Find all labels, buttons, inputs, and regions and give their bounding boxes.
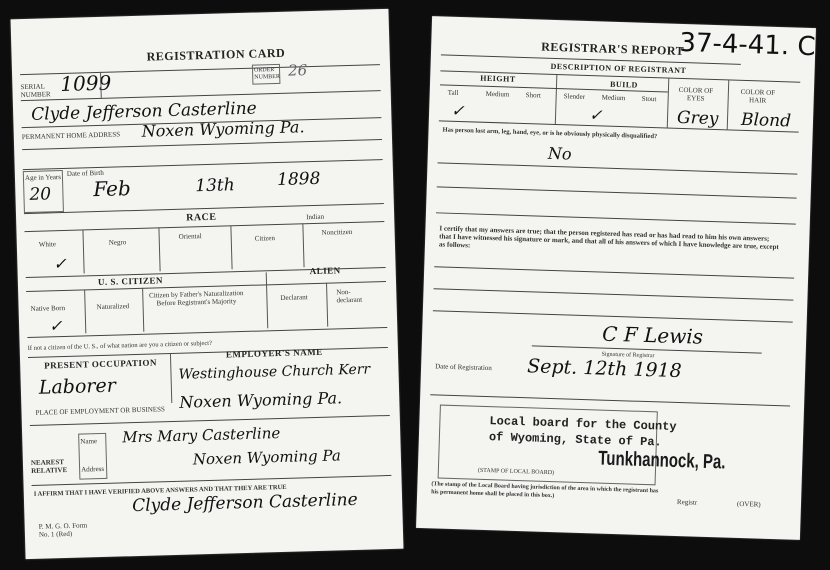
description-header: DESCRIPTION OF REGISTRANT bbox=[550, 62, 686, 75]
height-tall-check: ✓ bbox=[451, 101, 465, 120]
build-medium-check: ✓ bbox=[589, 105, 603, 124]
dob-month: Feb bbox=[93, 176, 131, 201]
disability-question: Has person lost arm, leg, hand, eye, or … bbox=[442, 126, 657, 140]
form-label: P. M. G. O. Form No. 1 (Red) bbox=[39, 521, 99, 539]
registration-card-front: REGISTRATION CARD SERIAL NUMBER 1099 ORD… bbox=[11, 9, 404, 559]
citizen-col-father: Citizen by Father's Naturalization Befor… bbox=[148, 289, 244, 308]
footer-over: (OVER) bbox=[737, 500, 761, 509]
order-number: 26 bbox=[288, 61, 308, 80]
alien-col-declarant: Declarant bbox=[280, 293, 307, 302]
occupation-value: Laborer bbox=[39, 375, 117, 399]
relative-address-label: Address bbox=[81, 465, 104, 474]
card-title: REGISTRATION CARD bbox=[146, 46, 285, 65]
age-label: Age in Years bbox=[25, 173, 61, 182]
build-col-medium: Medium bbox=[602, 93, 626, 102]
serial-number: 1099 bbox=[60, 71, 112, 96]
stamp-city: Tunkhannock, Pa. bbox=[598, 448, 726, 475]
build-col-stout: Stout bbox=[642, 95, 657, 103]
citizen-header: U. S. CITIZEN bbox=[98, 275, 163, 287]
address-label: PERMANENT HOME ADDRESS bbox=[22, 130, 120, 141]
relative-address: Noxen Wyoming Pa bbox=[193, 446, 341, 468]
build-label: BUILD bbox=[610, 80, 638, 90]
nation-question: If not a citizen of the U. S., of what n… bbox=[28, 340, 212, 352]
employer-value: Westinghouse Church Kerr bbox=[178, 361, 370, 382]
hair-color: Blond bbox=[741, 110, 792, 132]
occupation-label: PRESENT OCCUPATION bbox=[44, 357, 157, 370]
dob-day: 13th bbox=[195, 175, 235, 196]
registrar-signature: C F Lewis bbox=[602, 322, 704, 349]
build-col-slender: Slender bbox=[564, 92, 586, 101]
race-col-negro: Negro bbox=[109, 238, 127, 246]
height-col-short: Short bbox=[526, 91, 541, 99]
race-col-oriental: Oriental bbox=[179, 232, 202, 241]
height-col-medium: Medium bbox=[486, 90, 510, 99]
race-col-white: White bbox=[39, 240, 56, 248]
eyes-label: COLOR OF EYES bbox=[676, 86, 716, 103]
employer-label: EMPLOYER'S NAME bbox=[226, 347, 323, 360]
certify-text: I certify that my answers are true; that… bbox=[439, 224, 780, 259]
employment-place-label: PLACE OF EMPLOYMENT OR BUSINESS bbox=[35, 405, 165, 417]
relative-label: NEAREST RELATIVE bbox=[31, 458, 75, 475]
citizen-col-naturalized: Naturalized bbox=[96, 302, 129, 311]
order-label: ORDER NUMBER bbox=[254, 67, 278, 82]
race-col-citizen: Citizen bbox=[255, 234, 275, 243]
date-label: Date of Registration bbox=[435, 362, 492, 372]
footer-left: Registr bbox=[677, 498, 697, 507]
registrars-report-back: REGISTRAR'S REPORT 37-4-41. C DESCRIPTIO… bbox=[416, 16, 816, 540]
citizen-col-native: Native Born bbox=[31, 304, 66, 313]
registration-date: Sept. 12th 1918 bbox=[527, 355, 682, 382]
native-born-check: ✓ bbox=[49, 316, 63, 335]
race-header: RACE bbox=[186, 212, 217, 224]
home-address: Noxen Wyoming Pa. bbox=[141, 117, 304, 141]
hair-label: COLOR OF HAIR bbox=[738, 88, 778, 105]
report-title: REGISTRAR'S REPORT bbox=[541, 40, 684, 59]
alien-header: ALIEN bbox=[310, 265, 341, 276]
age-value: 20 bbox=[29, 184, 51, 205]
alien-col-nondeclarant: Non-declarant bbox=[336, 287, 376, 304]
height-label: HEIGHT bbox=[480, 74, 516, 84]
serial-label: SERIAL NUMBER bbox=[20, 82, 56, 99]
eye-color: Grey bbox=[677, 108, 719, 129]
height-col-tall: Tall bbox=[448, 89, 459, 97]
employment-place-value: Noxen Wyoming Pa. bbox=[179, 388, 342, 412]
disability-answer: No bbox=[548, 144, 572, 164]
race-col-noncitizen: Noncitizen bbox=[322, 228, 353, 237]
relative-name-label: Name bbox=[80, 437, 97, 445]
race-indian-label: Indian bbox=[306, 213, 324, 221]
relative-name: Mrs Mary Casterline bbox=[122, 424, 280, 446]
dob-year: 1898 bbox=[277, 169, 321, 190]
file-number: 37-4-41. C bbox=[679, 28, 816, 62]
race-white-check: ✓ bbox=[53, 254, 67, 273]
